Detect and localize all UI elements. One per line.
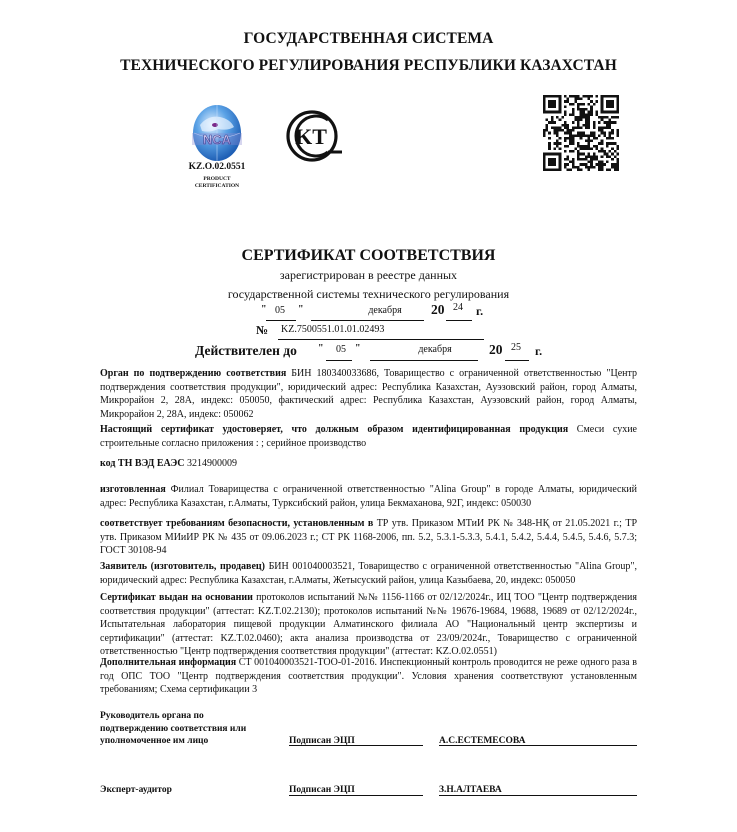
quote-close: "	[298, 304, 304, 315]
valid-until-label: Действителен до	[195, 343, 297, 359]
code-label: код ТН ВЭД ЕАЭС	[100, 458, 185, 469]
additional-info-label: Дополнительная информация	[100, 657, 236, 668]
issue-month: декабря	[330, 305, 440, 316]
svg-text:NCA: NCA	[203, 132, 232, 147]
applicant-section: Заявитель (изготовитель, продавец) БИН 0…	[100, 560, 637, 587]
nca-globe-logo-icon: NCA	[188, 103, 246, 163]
signatory-2-role: Эксперт-аудитор	[100, 784, 172, 797]
issue-year-underline	[446, 320, 472, 321]
manufacturer-section: изготовленная Филиал Товарищества с огра…	[100, 483, 637, 510]
valid-quote-close: "	[355, 343, 361, 354]
valid-year: 25	[511, 342, 521, 353]
certificate-title: СЕРТИФИКАТ СООТВЕТСТВИЯ	[0, 247, 737, 265]
valid-day: 05	[336, 344, 346, 355]
conformity-body-section: Орган по подтверждению соответствия БИН …	[100, 367, 637, 421]
valid-year-suffix: г.	[535, 344, 542, 359]
product-section: Настоящий сертификат удостоверяет, что д…	[100, 423, 637, 450]
registered-line-1: зарегистрирован в реестре данных	[0, 268, 737, 283]
issue-day-underline	[266, 320, 296, 321]
registered-line-2: государственной системы технического рег…	[0, 287, 737, 302]
issue-year: 24	[453, 302, 463, 313]
requirements-section: соответствует требованиям безопасности, …	[100, 517, 637, 558]
header-line-1: ГОСУДАРСТВЕННАЯ СИСТЕМА	[0, 30, 737, 48]
product-certification-label: PRODUCT CERTIFICATION	[176, 176, 258, 190]
signatory-1-name-underline	[439, 745, 637, 746]
valid-century: 20	[489, 342, 503, 358]
valid-quote-open: "	[318, 343, 324, 354]
issue-century: 20	[431, 302, 445, 318]
number-label: №	[256, 323, 268, 338]
valid-month-underline	[370, 360, 478, 361]
header-line-2: ТЕХНИЧЕСКОГО РЕГУЛИРОВАНИЯ РЕСПУБЛИКИ КА…	[0, 57, 737, 75]
manufacturer-label: изготовленная	[100, 484, 166, 495]
quote-open: "	[261, 304, 267, 315]
issue-year-suffix: г.	[476, 304, 483, 319]
basis-label: Сертификат выдан на основании	[100, 592, 253, 603]
product-label: Настоящий сертификат удостоверяет, что д…	[100, 424, 568, 435]
number-underline	[278, 339, 484, 340]
valid-year-underline	[505, 360, 529, 361]
signatory-1-signed-underline	[289, 745, 423, 746]
manufacturer-text: Филиал Товарищества с ограниченной ответ…	[100, 484, 637, 509]
conformity-body-label: Орган по подтверждению соответствия	[100, 368, 286, 379]
valid-month: декабря	[380, 344, 490, 355]
basis-section: Сертификат выдан на основании протоколов…	[100, 591, 637, 659]
additional-info-section: Дополнительная информация СТ 00104000352…	[100, 656, 637, 697]
code-section: код ТН ВЭД ЕАЭС 3214900009	[100, 457, 637, 471]
signatory-2-signed-underline	[289, 795, 423, 796]
code-text: 3214900009	[187, 458, 237, 469]
valid-day-underline	[326, 360, 352, 361]
certificate-number: KZ.7500551.01.01.02493	[281, 324, 384, 335]
signatory-2-name-underline	[439, 795, 637, 796]
svg-text:KT: KT	[295, 124, 327, 149]
signatory-1-role: Руководитель органа по подтверждению соо…	[100, 710, 270, 748]
accreditation-code: KZ.O.02.0551	[176, 162, 258, 172]
kt-conformity-mark-icon: KT	[284, 106, 344, 166]
requirements-label: соответствует требованиям безопасности, …	[100, 518, 373, 529]
applicant-label: Заявитель (изготовитель, продавец)	[100, 561, 265, 572]
issue-day: 05	[275, 305, 285, 316]
qr-code-icon[interactable]	[543, 95, 619, 171]
issue-month-underline	[311, 320, 424, 321]
